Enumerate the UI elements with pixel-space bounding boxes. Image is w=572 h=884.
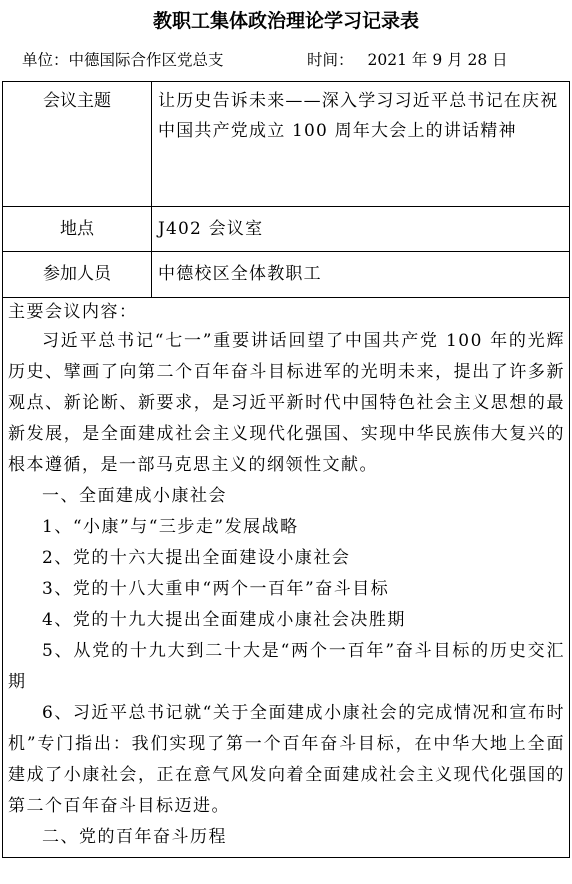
table-row-attendees: 参加人员 中德校区全体教职工 [3, 252, 570, 298]
list-item: 4、党的十九大提出全面建成小康社会决胜期 [8, 605, 565, 636]
unit-label: 单位： [22, 51, 69, 69]
time-value: 2021 年 9 月 28 日 [368, 51, 508, 69]
attendees-value: 中德校区全体教职工 [152, 252, 570, 298]
location-label: 地点 [3, 207, 152, 252]
list-item: 1、“小康”与“三步走”发展战略 [8, 512, 565, 543]
meeting-content-cell: 主要会议内容： 习近平总书记“七一”重要讲话回望了中国共产党 100 年的光辉历… [3, 298, 570, 858]
table-row-location: 地点 J402 会议室 [3, 207, 570, 252]
unit-field: 单位：中德国际合作区党总支 [22, 48, 224, 70]
attendees-label: 参加人员 [3, 252, 152, 298]
unit-value: 中德国际合作区党总支 [69, 51, 224, 69]
location-value: J402 会议室 [152, 207, 570, 252]
content-paragraph: 习近平总书记“七一”重要讲话回望了中国共产党 100 年的光辉历史、擘画了向第二… [8, 326, 565, 481]
list-item: 6、习近平总书记就“关于全面建成小康社会的完成情况和宣布时机”专门指出：我们实现… [8, 698, 565, 822]
section-heading: 一、全面建成小康社会 [8, 481, 565, 512]
list-item: 2、党的十六大提出全面建设小康社会 [8, 543, 565, 574]
topic-label: 会议主题 [3, 82, 152, 207]
content-heading: 主要会议内容： [8, 298, 565, 326]
section-heading: 二、党的百年奋斗历程 [8, 822, 565, 853]
table-row-content: 主要会议内容： 习近平总书记“七一”重要讲话回望了中国共产党 100 年的光辉历… [3, 298, 570, 858]
record-table: 会议主题 让历史告诉未来——深入学习习近平总书记在庆祝中国共产党成立 100 周… [2, 81, 570, 858]
list-item: 5、从党的十九大到二十大是“两个一百年”奋斗目标的历史交汇期 [8, 636, 565, 698]
time-label: 时间： [307, 51, 354, 69]
topic-value: 让历史告诉未来——深入学习习近平总书记在庆祝中国共产党成立 100 周年大会上的… [152, 82, 570, 207]
table-row-topic: 会议主题 让历史告诉未来——深入学习习近平总书记在庆祝中国共产党成立 100 周… [3, 82, 570, 207]
time-field: 时间：2021 年 9 月 28 日 [307, 48, 508, 70]
list-item: 3、党的十八大重申“两个一百年”奋斗目标 [8, 574, 565, 605]
document-title: 教职工集体政治理论学习记录表 [0, 6, 572, 33]
